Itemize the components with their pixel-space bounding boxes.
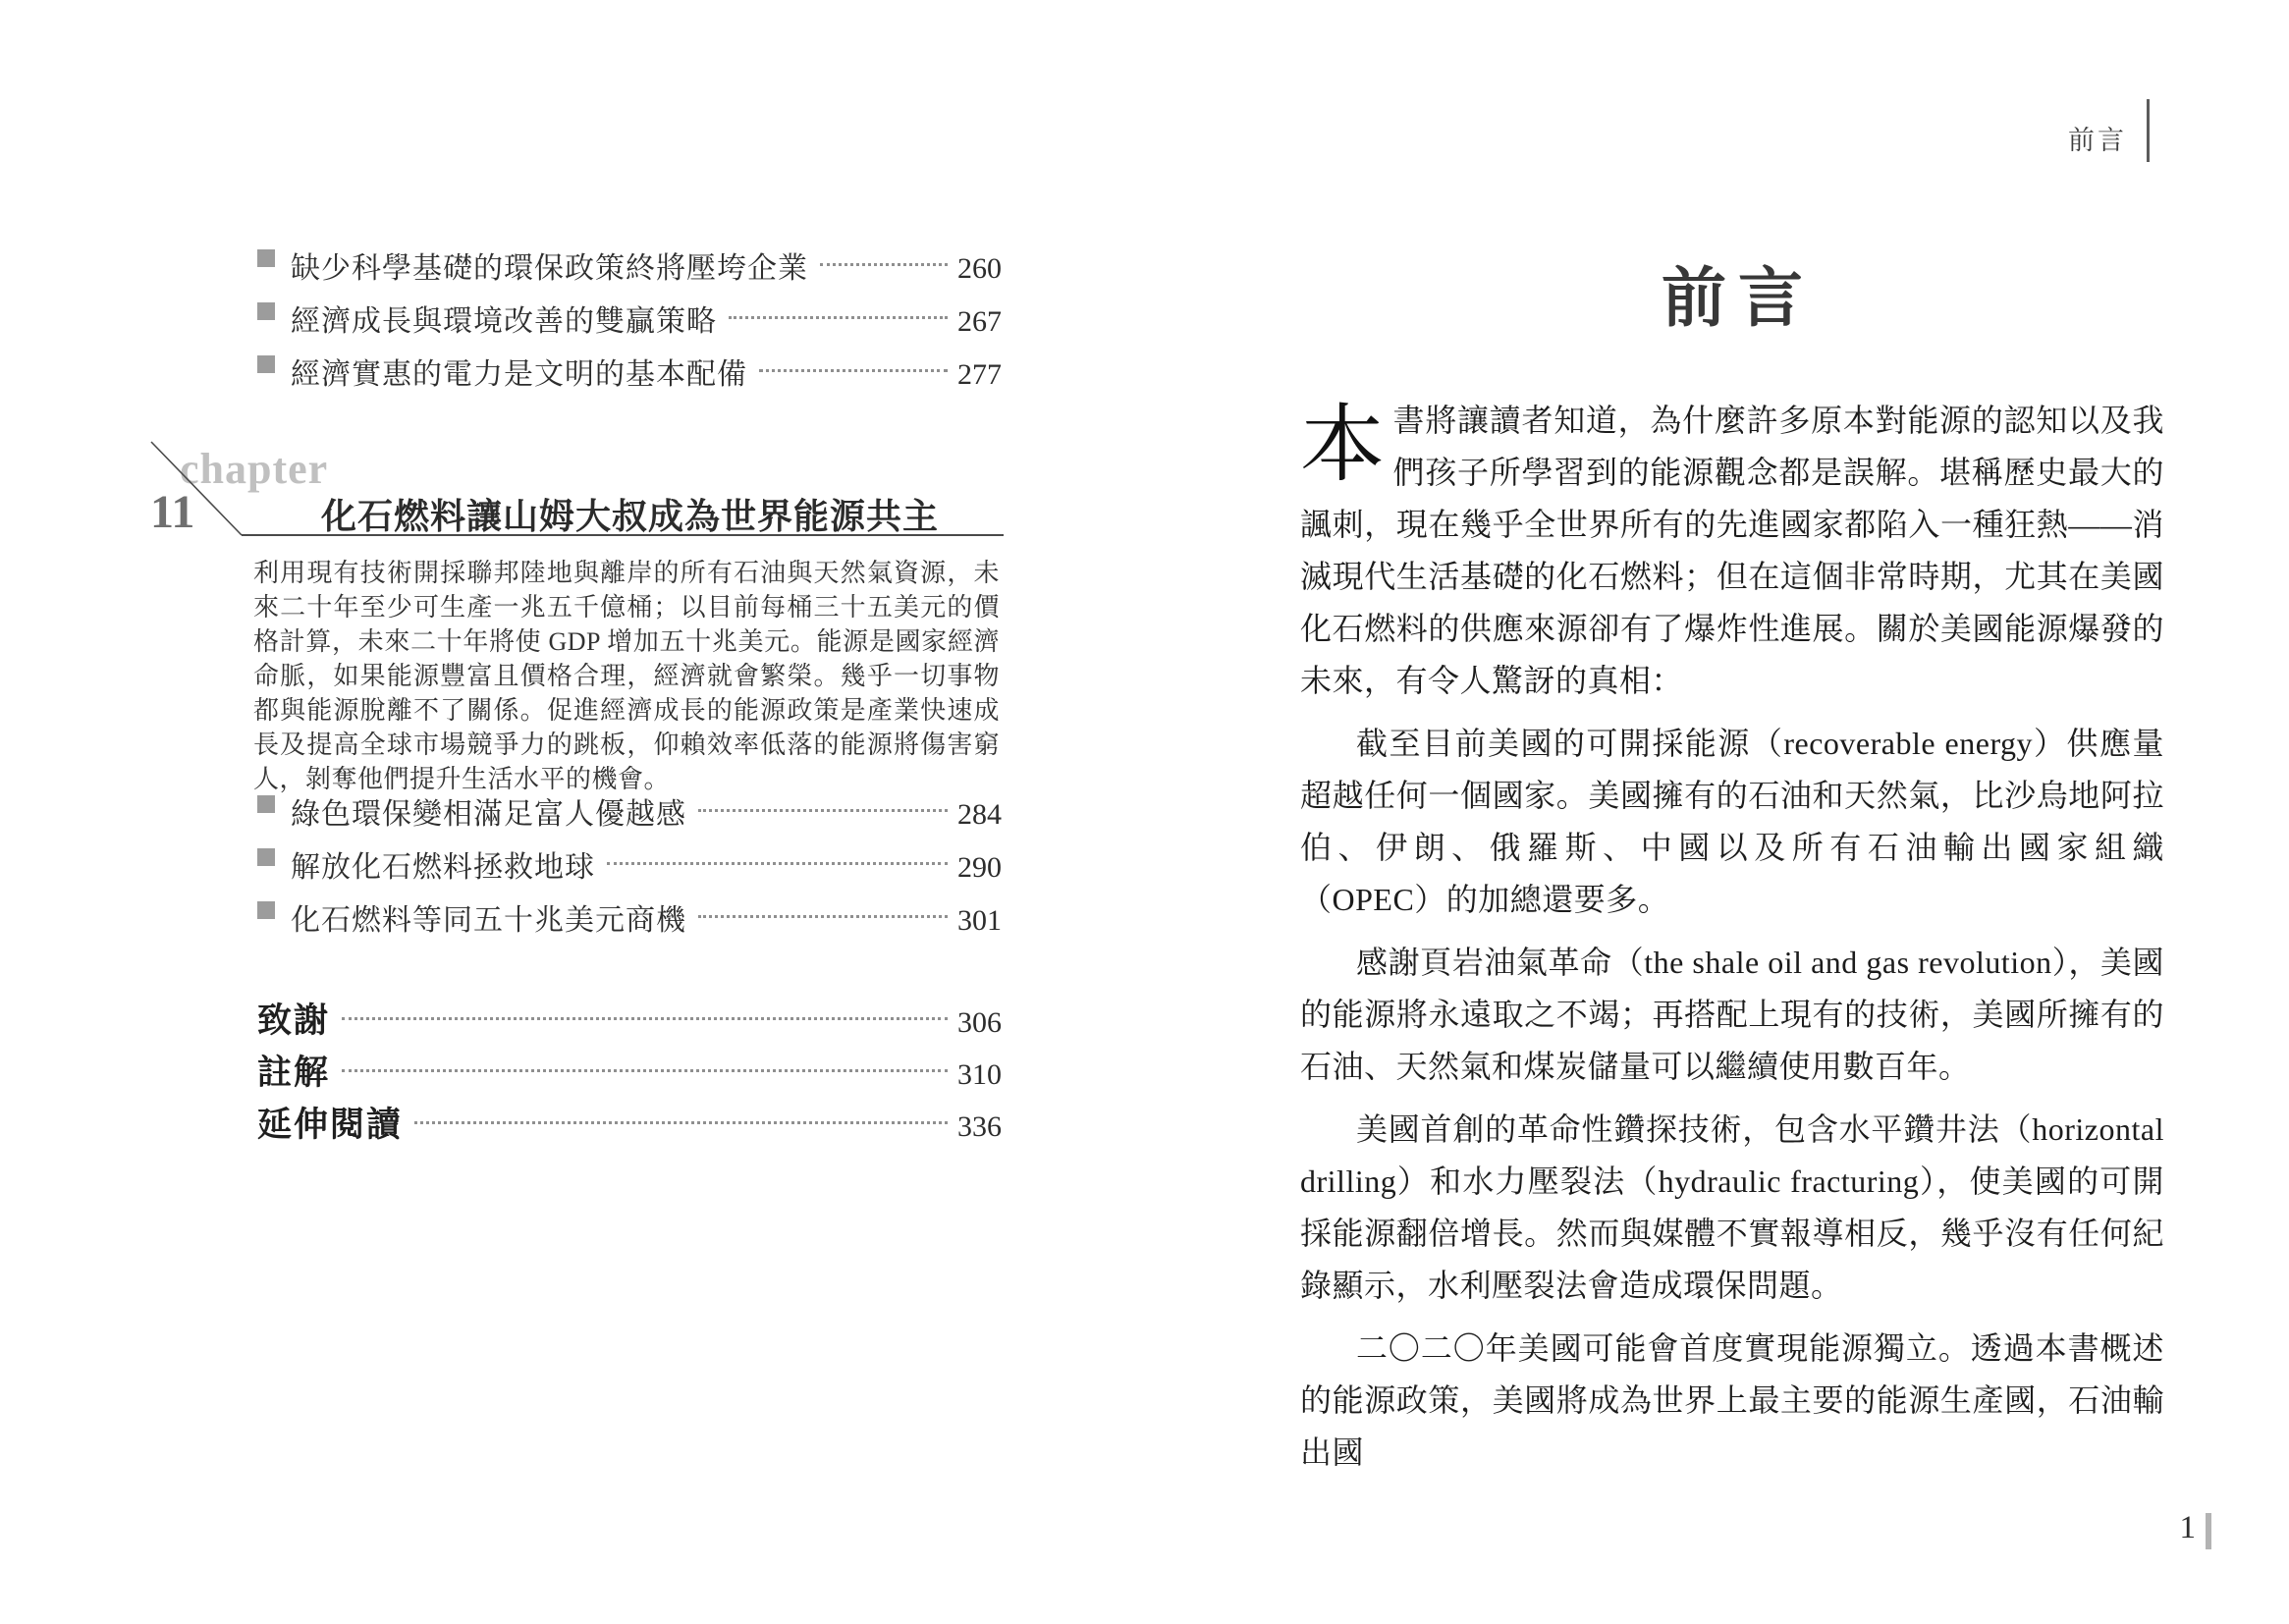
running-header-bar [2147,99,2150,162]
toc-entry-label: 缺少科學基礎的環保政策終將壓垮企業 [291,244,808,287]
toc-list-backmatter: 致謝 306 註解 310 延伸閱讀 336 [257,994,1002,1150]
toc-page-number: 310 [957,1058,1002,1092]
paragraph: 二〇二〇年美國可能會首度實現能源獨立。透過本書概述的能源政策，美國將成為世界上最… [1300,1323,2164,1479]
bullet-square-icon [257,355,275,373]
paragraph: 美國首創的革命性鑽探技術，包含水平鑽井法（horizontal drilling… [1300,1104,2164,1312]
paragraph: 感謝頁岩油氣革命（the shale oil and gas revolutio… [1300,937,2164,1093]
preface-title: 前言 [1300,245,2164,339]
paragraph: 本書將讓讀者知道，為什麼許多原本對能源的認知以及我們孩子所學習到的能源觀念都是誤… [1300,395,2164,707]
backmatter-label: 延伸閱讀 [257,1098,403,1147]
dot-leader [607,862,948,865]
paragraph-text: 書將讓讀者知道，為什麼許多原本對能源的認知以及我們孩子所學習到的能源觀念都是誤解… [1300,403,2164,698]
backmatter-label: 致謝 [257,994,330,1043]
toc-item: 解放化石燃料拯救地球 290 [257,842,1002,872]
toc-list-top: 缺少科學基礎的環保政策終將壓垮企業 260 經濟成長與環境改善的雙贏策略 267… [257,244,1002,403]
toc-item: 化石燃料等同五十兆美元商機 301 [257,895,1002,925]
running-header: 前言 [2068,119,2127,157]
toc-item: 經濟實惠的電力是文明的基本配備 277 [257,350,1002,379]
page-number-bar [2206,1513,2211,1549]
chapter-title: 化石燃料讓山姆大叔成為世界能源共主 [321,489,939,539]
backmatter-label: 註解 [257,1046,330,1095]
toc-entry-label: 經濟實惠的電力是文明的基本配備 [291,350,747,393]
toc-entry-label: 綠色環保變相滿足富人優越感 [291,789,686,833]
toc-page-number: 284 [957,798,1002,832]
dot-leader [698,915,948,918]
dot-leader [698,809,948,812]
toc-page-number: 277 [957,358,1002,392]
dot-leader [759,369,948,372]
toc-item: 缺少科學基礎的環保政策終將壓垮企業 260 [257,244,1002,273]
bullet-square-icon [257,901,275,919]
toc-page-number: 306 [957,1006,1002,1040]
bullet-square-icon [257,249,275,267]
dot-leader [342,1017,948,1020]
dot-leader [820,263,948,266]
toc-entry-label: 化石燃料等同五十兆美元商機 [291,895,686,939]
toc-item: 延伸閱讀 336 [257,1098,1002,1131]
toc-list-sections: 綠色環保變相滿足富人優越感 284 解放化石燃料拯救地球 290 化石燃料等同五… [257,789,1002,948]
toc-item: 註解 310 [257,1046,1002,1079]
dot-leader [342,1069,948,1072]
toc-item: 綠色環保變相滿足富人優越感 284 [257,789,1002,819]
toc-entry-label: 解放化石燃料拯救地球 [291,842,595,886]
toc-entry-label: 經濟成長與環境改善的雙贏策略 [291,297,717,340]
toc-item: 致謝 306 [257,994,1002,1027]
toc-page-number: 301 [957,904,1002,938]
toc-item: 經濟成長與環境改善的雙贏策略 267 [257,297,1002,326]
toc-page-number: 290 [957,851,1002,885]
toc-page-number: 267 [957,305,1002,339]
bullet-square-icon [257,302,275,320]
page-number: 1 [2147,1510,2196,1546]
dot-leader [414,1121,948,1124]
bullet-square-icon [257,848,275,866]
chapter-summary: 利用現有技術開採聯邦陸地與離岸的所有石油與天然氣資源，未來二十年至少可生產一兆五… [253,556,1000,796]
dot-leader [729,316,948,319]
toc-page-number: 336 [957,1110,1002,1144]
preface-body: 本書將讓讀者知道，為什麼許多原本對能源的認知以及我們孩子所學習到的能源觀念都是誤… [1300,395,2164,1489]
toc-page-number: 260 [957,252,1002,286]
paragraph: 截至目前美國的可開採能源（recoverable energy）供應量超越任何一… [1300,718,2164,926]
bullet-square-icon [257,795,275,813]
drop-cap: 本 [1300,397,1386,495]
